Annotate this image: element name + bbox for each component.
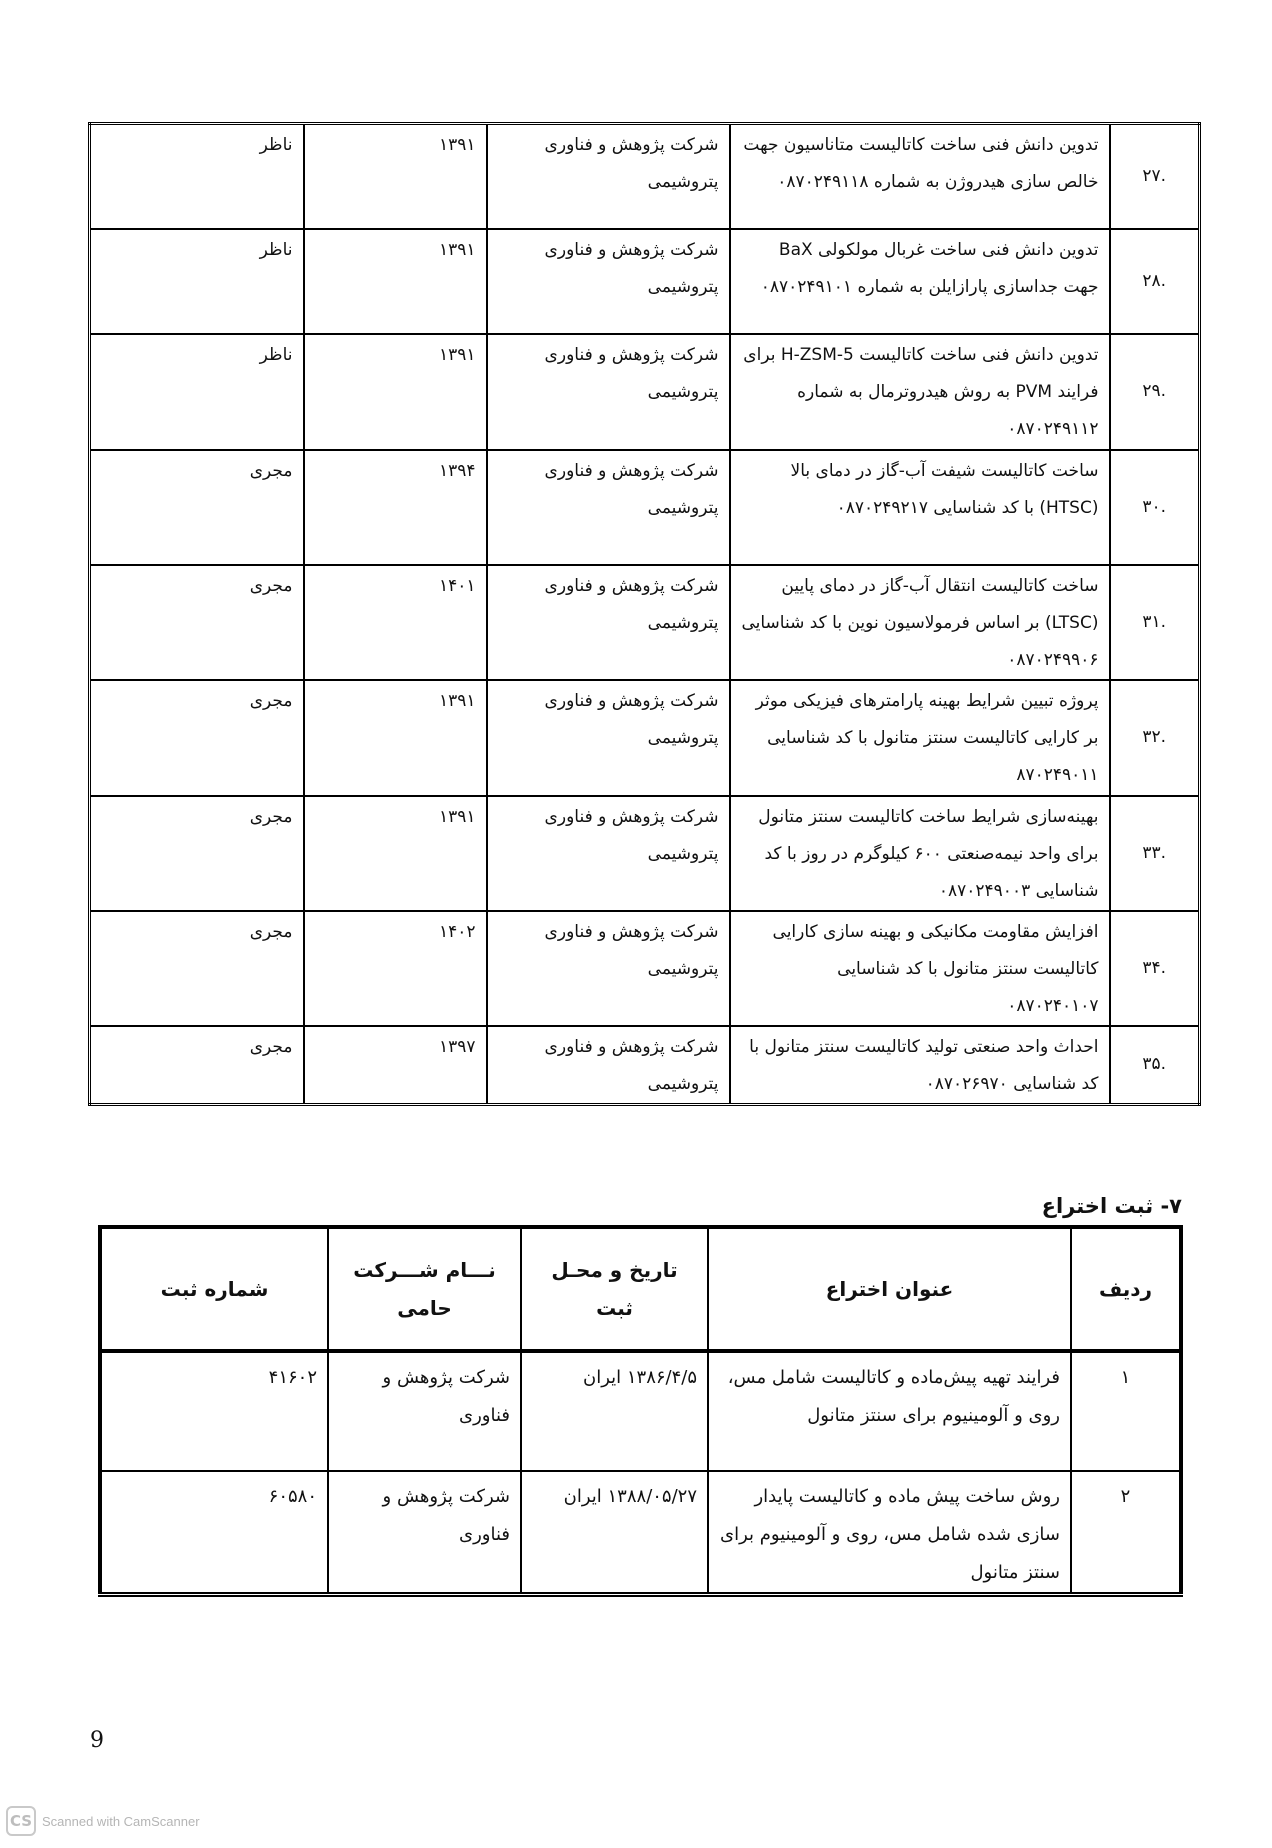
project-title: تدوین دانش فنی ساخت غربال مولکولی BaX جه…	[730, 229, 1110, 334]
invention-sponsor: شرکت پژوهش و فناوری	[328, 1471, 521, 1595]
row-number: .۲۹	[1110, 334, 1200, 450]
project-role: ناظر	[90, 334, 304, 450]
project-year: ۱۴۰۱	[304, 565, 487, 680]
project-role: مجری	[90, 911, 304, 1026]
project-organization: شرکت پژوهش و فناوری پتروشیمی	[487, 911, 730, 1026]
table-row: ۱ فرایند تهیه پیش‌ماده و کاتالیست شامل م…	[100, 1351, 1181, 1471]
project-year: ۱۳۹۱	[304, 680, 487, 796]
project-title: ساخت کاتالیست انتقال آب-گاز در دمای پایی…	[730, 565, 1110, 680]
header-sponsor: نـــام شـــرکت حامی	[328, 1227, 521, 1351]
row-number: ۲	[1071, 1471, 1181, 1595]
project-title: تدوین دانش فنی ساخت کاتالیست H-ZSM-5 برا…	[730, 334, 1110, 450]
row-number: .۲۸	[1110, 229, 1200, 334]
project-title: بهینه‌سازی شرایط ساخت کاتالیست سنتز متان…	[730, 796, 1110, 911]
project-role: مجری	[90, 565, 304, 680]
project-organization: شرکت پژوهش و فناوری پتروشیمی	[487, 796, 730, 911]
project-organization: شرکت پژوهش و فناوری پتروشیمی	[487, 334, 730, 450]
table-row: ۲ روش ساخت پیش ماده و کاتالیست پایدار سا…	[100, 1471, 1181, 1595]
row-number: ۱	[1071, 1351, 1181, 1471]
project-role: ناظر	[90, 124, 304, 229]
row-number: .۳۰	[1110, 450, 1200, 565]
table-row: .۳۱ ساخت کاتالیست انتقال آب-گاز در دمای …	[90, 565, 1200, 680]
project-year: ۱۳۹۱	[304, 334, 487, 450]
row-number: .۳۵	[1110, 1026, 1200, 1105]
table-row: .۳۰ ساخت کاتالیست شیفت آب-گاز در دمای با…	[90, 450, 1200, 565]
table-row: .۳۳ بهینه‌سازی شرایط ساخت کاتالیست سنتز …	[90, 796, 1200, 911]
project-title: ساخت کاتالیست شیفت آب-گاز در دمای بالا (…	[730, 450, 1110, 565]
header-date-place: تاریخ و محـل ثبت	[521, 1227, 708, 1351]
project-year: ۱۳۹۷	[304, 1026, 487, 1105]
invention-date-place: ۱۳۸۸/۰۵/۲۷ ایران	[521, 1471, 708, 1595]
table-row: .۳۵ احداث واحد صنعتی تولید کاتالیست سنتز…	[90, 1026, 1200, 1105]
project-role: مجری	[90, 1026, 304, 1105]
project-organization: شرکت پژوهش و فناوری پتروشیمی	[487, 565, 730, 680]
project-year: ۱۴۰۲	[304, 911, 487, 1026]
page-number: 9	[90, 1728, 104, 1753]
table-row: .۲۸ تدوین دانش فنی ساخت غربال مولکولی Ba…	[90, 229, 1200, 334]
camscanner-logo-icon: CS	[6, 1806, 36, 1836]
row-number: .۳۲	[1110, 680, 1200, 796]
table-row: .۳۲ پروژه تبیین شرایط بهینه پارامترهای ف…	[90, 680, 1200, 796]
header-reg-number: شماره ثبت	[100, 1227, 328, 1351]
projects-table: .۲۷ تدوین دانش فنی ساخت کاتالیست متاناسی…	[88, 122, 1201, 1106]
camscanner-watermark: CS Scanned with CamScanner	[6, 1806, 200, 1836]
project-role: ناظر	[90, 229, 304, 334]
invention-reg-number: ۶۰۵۸۰	[100, 1471, 328, 1595]
table-header-row: ردیف عنوان اختراع تاریخ و محـل ثبت نـــا…	[100, 1227, 1181, 1351]
project-organization: شرکت پژوهش و فناوری پتروشیمی	[487, 229, 730, 334]
camscanner-text: Scanned with CamScanner	[42, 1814, 200, 1829]
project-organization: شرکت پژوهش و فناوری پتروشیمی	[487, 680, 730, 796]
row-number: .۲۷	[1110, 124, 1200, 229]
project-title: پروژه تبیین شرایط بهینه پارامترهای فیزیک…	[730, 680, 1110, 796]
invention-date-place: ۱۳۸۶/۴/۵ ایران	[521, 1351, 708, 1471]
invention-sponsor: شرکت پژوهش و فناوری	[328, 1351, 521, 1471]
project-year: ۱۳۹۱	[304, 124, 487, 229]
project-role: مجری	[90, 450, 304, 565]
inventions-table: ردیف عنوان اختراع تاریخ و محـل ثبت نـــا…	[98, 1225, 1183, 1597]
invention-title: فرایند تهیه پیش‌ماده و کاتالیست شامل مس،…	[708, 1351, 1071, 1471]
header-invention-title: عنوان اختراع	[708, 1227, 1071, 1351]
project-role: مجری	[90, 796, 304, 911]
project-organization: شرکت پژوهش و فناوری پتروشیمی	[487, 1026, 730, 1105]
project-organization: شرکت پژوهش و فناوری پتروشیمی	[487, 124, 730, 229]
header-row-number: ردیف	[1071, 1227, 1181, 1351]
project-organization: شرکت پژوهش و فناوری پتروشیمی	[487, 450, 730, 565]
section-heading-inventions: ۷- ثبت اختراع	[1042, 1194, 1182, 1218]
project-title: تدوین دانش فنی ساخت کاتالیست متاناسیون ج…	[730, 124, 1110, 229]
project-title: احداث واحد صنعتی تولید کاتالیست سنتز متا…	[730, 1026, 1110, 1105]
project-role: مجری	[90, 680, 304, 796]
table-row: .۳۴ افزایش مقاومت مکانیکی و بهینه سازی ک…	[90, 911, 1200, 1026]
project-year: ۱۳۹۱	[304, 229, 487, 334]
row-number: .۳۱	[1110, 565, 1200, 680]
invention-title: روش ساخت پیش ماده و کاتالیست پایدار سازی…	[708, 1471, 1071, 1595]
project-year: ۱۳۹۴	[304, 450, 487, 565]
project-year: ۱۳۹۱	[304, 796, 487, 911]
table-row: .۲۹ تدوین دانش فنی ساخت کاتالیست H-ZSM-5…	[90, 334, 1200, 450]
row-number: .۳۴	[1110, 911, 1200, 1026]
invention-reg-number: ۴۱۶۰۲	[100, 1351, 328, 1471]
row-number: .۳۳	[1110, 796, 1200, 911]
project-title: افزایش مقاومت مکانیکی و بهینه سازی کارای…	[730, 911, 1110, 1026]
table-row: .۲۷ تدوین دانش فنی ساخت کاتالیست متاناسی…	[90, 124, 1200, 229]
